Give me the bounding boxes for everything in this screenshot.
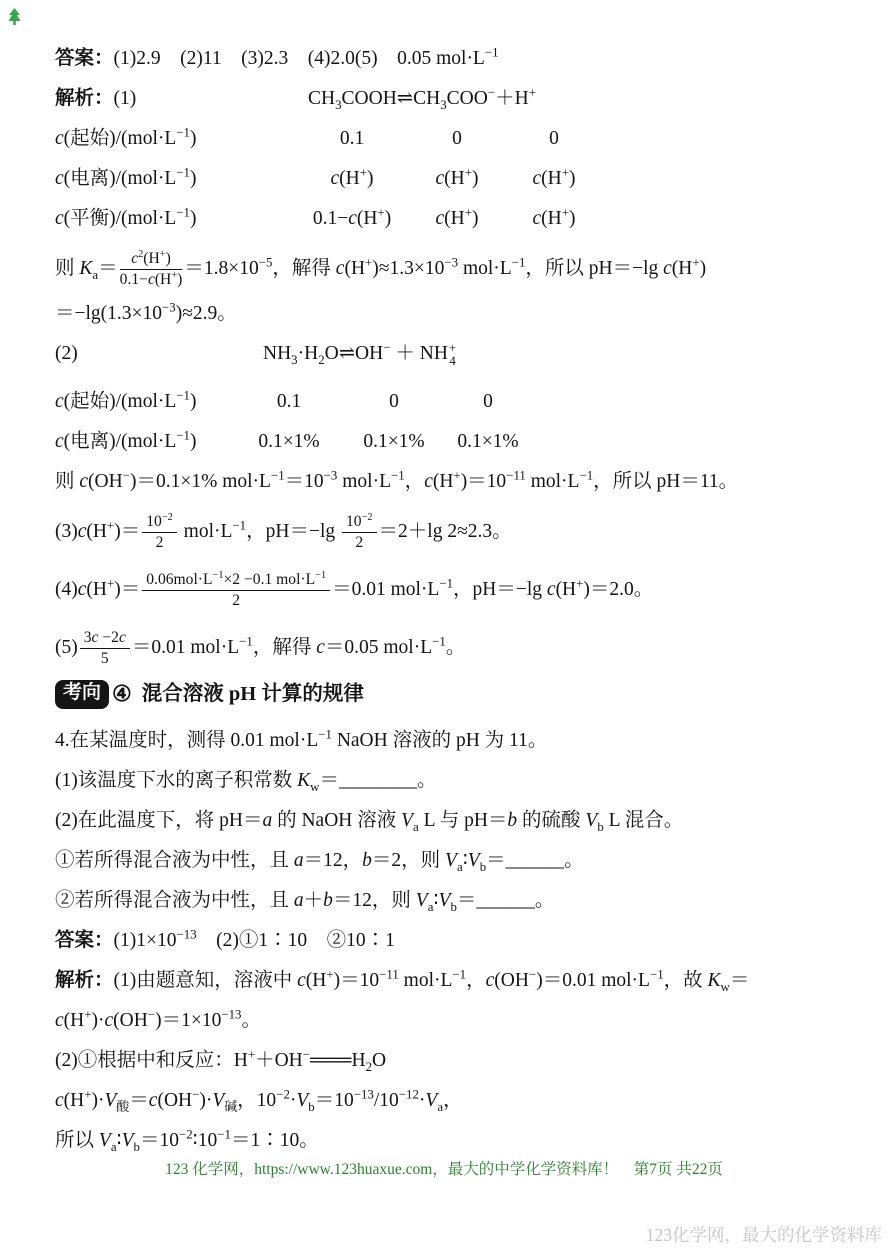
table-cell: c(H+) [436, 166, 479, 191]
row-label: c(电离)/(mol·L−1) [55, 168, 196, 189]
table-cell: 0.1×1% [363, 429, 424, 454]
row-label: c(电离)/(mol·L−1) [55, 431, 196, 452]
ka-result: ＝−lg(1.3×10−3)≈2.9。 [55, 303, 237, 324]
table-cell: c(H+) [533, 166, 576, 191]
solution-text: (2)①根据中和反应：H+＋OH−═══H2O [55, 1050, 386, 1071]
solution-text: c(H+)·V酸＝c(OH−)·V碱，10−2·Vb＝10−13/10−12·V… [55, 1090, 463, 1111]
chemical-equation-ammonia: NH3·H2O⇌OH− ＋ NH+4 [263, 341, 456, 369]
solution-part-number: (2) [55, 343, 78, 364]
question-text: ①若所得混合液为中性，且 a＝12，b＝2，则 Va∶Vb＝______。 [55, 850, 584, 871]
part5-line: (5)3c −2c5＝0.01 mol·L−1，解得 c＝0.05 mol·L−… [55, 625, 855, 671]
topic-badge: 考向 [55, 680, 109, 709]
solution-line-1: 解析：(1) CH3COOH⇌CH3COO−＋H+ [55, 86, 855, 112]
table-cell: 0.1−c(H+) [313, 206, 391, 231]
answer-line-4: 答案：(1)1×10−13 (2)①1∶10 ②10∶1 [55, 928, 855, 954]
corner-logo-icon [8, 7, 21, 32]
table-cell: 0.1×1% [457, 429, 518, 454]
solution-label: 解析： [55, 970, 114, 991]
ka-result-line: ＝−lg(1.3×10−3)≈2.9。 [55, 301, 855, 327]
question-text: (1)该温度下水的离子积常数 Kw＝________。 [55, 770, 436, 791]
table-cell: 0 [483, 389, 493, 414]
question4-sub2: ②若所得混合液为中性，且 a＋b＝12，则 Va∶Vb＝______。 [55, 888, 855, 914]
watermark-text: 123化学网，最大的化学资料库 [646, 1224, 882, 1247]
question4-intro: 4.在某温度时，测得 0.01 mol·L−1 NaOH 溶液的 pH 为 11… [55, 728, 855, 754]
question4-part2: (2)在此温度下，将 pH＝a 的 NaOH 溶液 Va L 与 pH＝b 的硫… [55, 808, 855, 834]
row-label: c(平衡)/(mol·L−1) [55, 208, 196, 229]
ice-table1-row-ionized: c(电离)/(mol·L−1) c(H+) c(H+) c(H+) [55, 166, 855, 192]
part3-formula: (3)c(H+)＝10−22 mol·L−1，pH＝−lg 10−22＝2＋lg… [55, 513, 512, 552]
table-cell: c(H+) [533, 206, 576, 231]
answer-label: 答案： [55, 930, 114, 951]
question-text: ②若所得混合液为中性，且 a＋b＝12，则 Va∶Vb＝______。 [55, 890, 554, 911]
table-cell: 0 [452, 126, 462, 151]
solution4-line3: (2)①根据中和反应：H+＋OH−═══H2O [55, 1048, 855, 1074]
answer-text: (1)1×10−13 (2)①1∶10 ②10∶1 [114, 930, 395, 951]
table-cell: c(H+) [436, 206, 479, 231]
table-cell: 0.1×1% [258, 429, 319, 454]
chemical-equation-acetic-acid: CH3COOH⇌CH3COO−＋H+ [308, 86, 536, 111]
ice-table1-row-equilibrium: c(平衡)/(mol·L−1) 0.1−c(H+) c(H+) c(H+) [55, 206, 855, 232]
ka-formula: 则 Ka＝c2(H+)0.1−c(H+)＝1.8×10−5，解得 c(H+)≈1… [55, 250, 706, 289]
solution4-line2: c(H+)·c(OH−)＝1×10−13。 [55, 1008, 855, 1034]
ka-calculation-line: 则 Ka＝c2(H+)0.1−c(H+)＝1.8×10−5，解得 c(H+)≈1… [55, 246, 855, 292]
part4-formula: (4)c(H+)＝0.06mol·L−1×2 −0.1 mol·L−12＝0.0… [55, 571, 653, 610]
part5-formula: (5)3c −2c5＝0.01 mol·L−1，解得 c＝0.05 mol·L−… [55, 629, 465, 668]
question-text: 4.在某温度时，测得 0.01 mol·L−1 NaOH 溶液的 pH 为 11… [55, 730, 547, 751]
topic-number-icon: ④ [112, 681, 132, 706]
part2-result: 则 c(OH−)＝0.1×1% mol·L−1＝10−3 mol·L−1，c(H… [55, 471, 738, 492]
solution4-line5: 所以 Va∶Vb＝10−2∶10−1＝1∶10。 [55, 1128, 855, 1154]
topic-heading: 考向④混合溶液 pH 计算的规律 [55, 680, 855, 712]
answer-text: (1)2.9 (2)11 (3)2.3 (4)2.0(5) 0.05 mol·L… [114, 48, 499, 69]
solution4-line4: c(H+)·V酸＝c(OH−)·V碱，10−2·Vb＝10−13/10−12·V… [55, 1088, 855, 1114]
table-cell: 0.1 [340, 126, 364, 151]
row-label: c(起始)/(mol·L−1) [55, 128, 196, 149]
solution-label: 解析： [55, 88, 114, 109]
ice-table2-row-ionized: c(电离)/(mol·L−1) 0.1×1% 0.1×1% 0.1×1% [55, 429, 855, 455]
question4-part1: (1)该温度下水的离子积常数 Kw＝________。 [55, 768, 855, 794]
document-page: 答案：(1)2.9 (2)11 (3)2.3 (4)2.0(5) 0.05 mo… [0, 0, 888, 1255]
solution4-line1: 解析：(1)由题意知，溶液中 c(H+)＝10−11 mol·L−1，c(OH−… [55, 968, 855, 994]
solution-line-2: (2) NH3·H2O⇌OH− ＋ NH+4 [55, 341, 855, 375]
part4-line: (4)c(H+)＝0.06mol·L−1×2 −0.1 mol·L−12＝0.0… [55, 564, 855, 616]
part3-line: (3)c(H+)＝10−22 mol·L−1，pH＝−lg 10−22＝2＋lg… [55, 509, 855, 555]
part2-result-line: 则 c(OH−)＝0.1×1% mol·L−1＝10−3 mol·L−1，c(H… [55, 469, 855, 495]
solution-text: c(H+)·c(OH−)＝1×10−13。 [55, 1010, 261, 1031]
row-label: c(起始)/(mol·L−1) [55, 391, 196, 412]
table-cell: 0.1 [277, 389, 301, 414]
table-cell: 0 [549, 126, 559, 151]
solution-text: (1)由题意知，溶液中 c(H+)＝10−11 mol·L−1，c(OH−)＝0… [114, 970, 750, 991]
answer-label: 答案： [55, 48, 114, 69]
table-cell: 0 [389, 389, 399, 414]
ice-table2-row-initial: c(起始)/(mol·L−1) 0.1 0 0 [55, 389, 855, 415]
solution-text: 所以 Va∶Vb＝10−2∶10−1＝1∶10。 [55, 1130, 319, 1151]
answer-line-1: 答案：(1)2.9 (2)11 (3)2.3 (4)2.0(5) 0.05 mo… [55, 46, 855, 72]
solution-part-number: (1) [114, 88, 137, 109]
ice-table1-row-initial: c(起始)/(mol·L−1) 0.1 0 0 [55, 126, 855, 152]
question4-sub1: ①若所得混合液为中性，且 a＝12，b＝2，则 Va∶Vb＝______。 [55, 848, 855, 874]
table-cell: c(H+) [331, 166, 374, 191]
question-text: (2)在此温度下，将 pH＝a 的 NaOH 溶液 Va L 与 pH＝b 的硫… [55, 810, 683, 831]
page-footer: 123 化学网，https://www.123huaxue.com，最大的中学化… [0, 1160, 888, 1180]
document-content: 答案：(1)2.9 (2)11 (3)2.3 (4)2.0(5) 0.05 mo… [55, 46, 855, 1168]
topic-title: 混合溶液 pH 计算的规律 [142, 683, 364, 705]
